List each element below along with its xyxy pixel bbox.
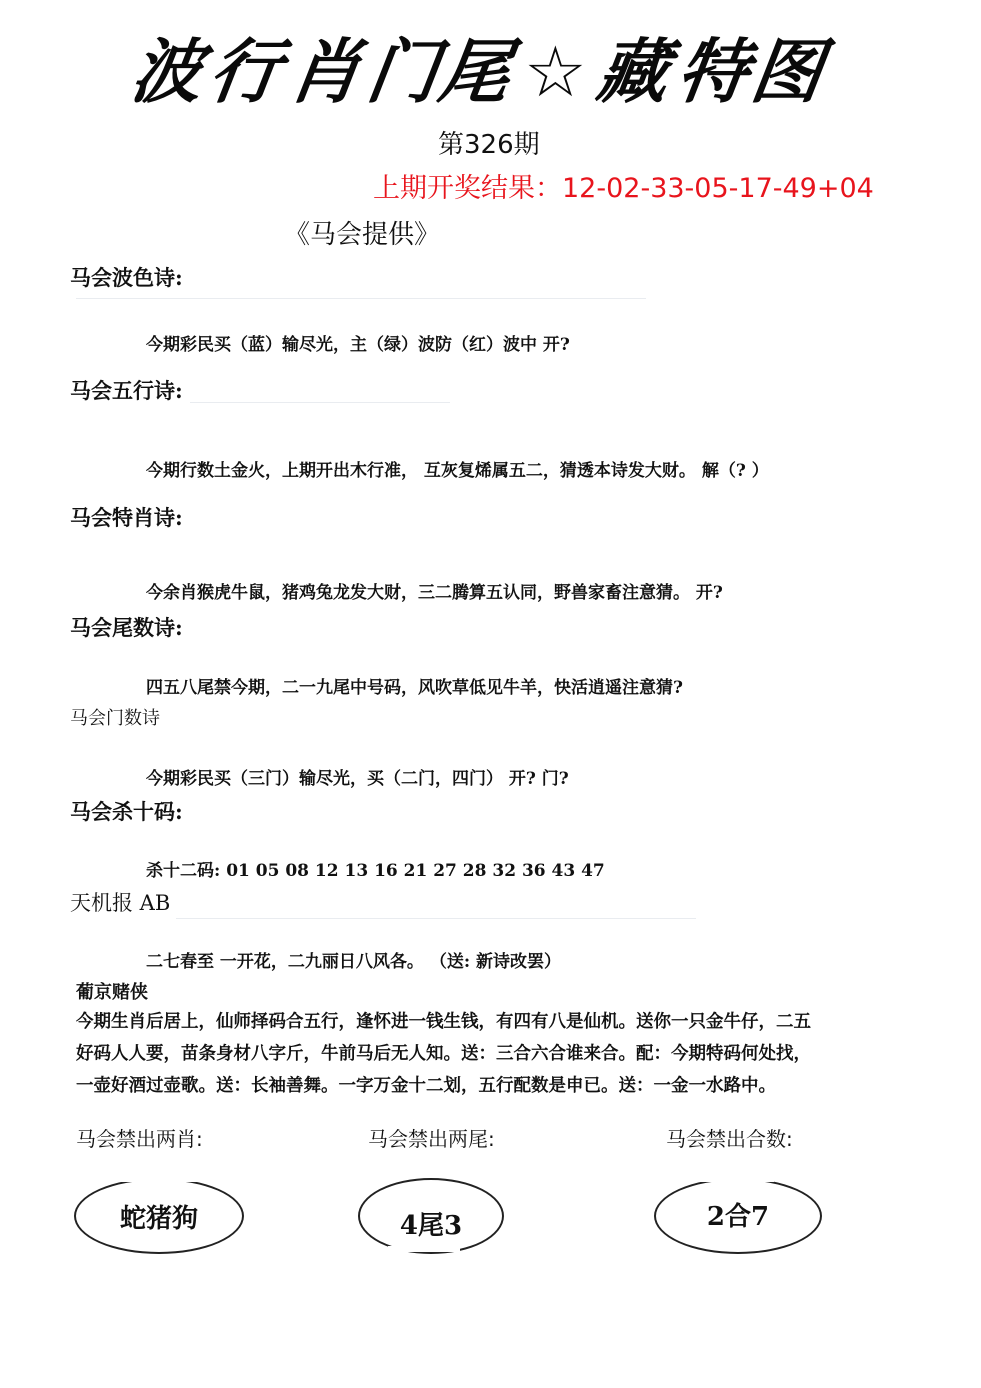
oval-gap (104, 1176, 212, 1182)
section-heading-special-zodiac: 马会特肖诗: (70, 502, 183, 532)
poem-wave-color: 今期彩民买（蓝）输尽光，主（绿）波防（红）波中 开? (146, 330, 570, 355)
title-char: 行 (203, 22, 287, 122)
ban-sum-label: 马会禁出合数: (666, 1123, 793, 1152)
page-title: 波 行 肖 门 尾 ☆ 藏 特 图 (132, 22, 822, 122)
title-char: 尾 (433, 22, 517, 122)
oval-gap (700, 1176, 774, 1182)
gambler-line: 好码人人要，苗条身材八字斤，牛前马后无人知。送：三合六合谁来合。配：今期特码何处… (76, 1040, 811, 1065)
issue-number: 第326期 (438, 124, 540, 161)
star-icon: ☆ (524, 22, 587, 122)
poem-special-zodiac: 今余肖猴虎牛鼠，猪鸡兔龙发大财，三二腾算五认同，野兽家畜注意猜。 开? (146, 578, 723, 603)
provider-label: 《马会提供》 (284, 214, 440, 251)
ban-zodiac-value: 蛇猪狗 (120, 1198, 198, 1235)
oval-gap (388, 1246, 460, 1252)
divider (190, 402, 450, 403)
kill-numbers: 杀十二码: 01 05 08 12 13 16 21 27 28 32 36 4… (146, 856, 605, 881)
title-char: 特 (671, 22, 755, 122)
title-char: 波 (125, 22, 209, 122)
divider (176, 918, 696, 919)
ban-zodiac-label: 马会禁出两肖: (76, 1123, 203, 1152)
ban-zodiac-oval: 蛇猪狗 (74, 1178, 244, 1254)
section-heading-wave-color: 马会波色诗: (70, 262, 183, 292)
section-heading-tail-number: 马会尾数诗: (70, 612, 183, 642)
section-heading-five-elements: 马会五行诗: (70, 375, 183, 405)
poem-five-elements: 今期行数土金火，上期开出木行准， 互灰复烯属五二，猜透本诗发大财。 解（? ） (146, 456, 769, 481)
divider (76, 298, 646, 299)
poem-door-number: 今期彩民买（三门）输尽光，买（二门，四门） 开? 门? (146, 764, 569, 789)
title-char: 门 (361, 22, 445, 122)
section-heading-door-number: 马会门数诗 (70, 704, 160, 730)
ban-sum-value: 2合7 (707, 1196, 769, 1237)
title-char: 藏 (591, 22, 675, 122)
gambler-heading: 葡京赌侠 (76, 978, 148, 1004)
title-char: 图 (745, 22, 829, 122)
last-draw-result: 上期开奖结果：12-02-33-05-17-49+04 (373, 166, 874, 205)
ban-tail-oval: 4尾3 (358, 1178, 504, 1254)
section-heading-tianji: 天机报 AB (70, 887, 170, 917)
gambler-line: 今期生肖后居上，仙师择码合五行，逢怀进一钱生钱，有四有八是仙机。送你一只金牛仔，… (76, 1008, 811, 1033)
ban-tail-value: 4尾3 (400, 1191, 462, 1242)
poem-tianji: 二七春至 一开花，二九丽日八风各。 （送: 新诗改罢） (146, 947, 561, 972)
section-heading-kill-ten: 马会杀十码: (70, 796, 183, 826)
ban-sum-oval: 2合7 (654, 1178, 822, 1254)
ban-tail-label: 马会禁出两尾: (368, 1123, 495, 1152)
title-char: 肖 (283, 22, 367, 122)
poem-tail-number: 四五八尾禁今期，二一九尾中号码，风吹草低见牛羊，快活逍遥注意猜? (146, 673, 683, 698)
gambler-line: 一壶好酒过壶歌。送：长袖善舞。一字万金十二划，五行配数是申已。送：一金一水路中。 (76, 1072, 776, 1097)
